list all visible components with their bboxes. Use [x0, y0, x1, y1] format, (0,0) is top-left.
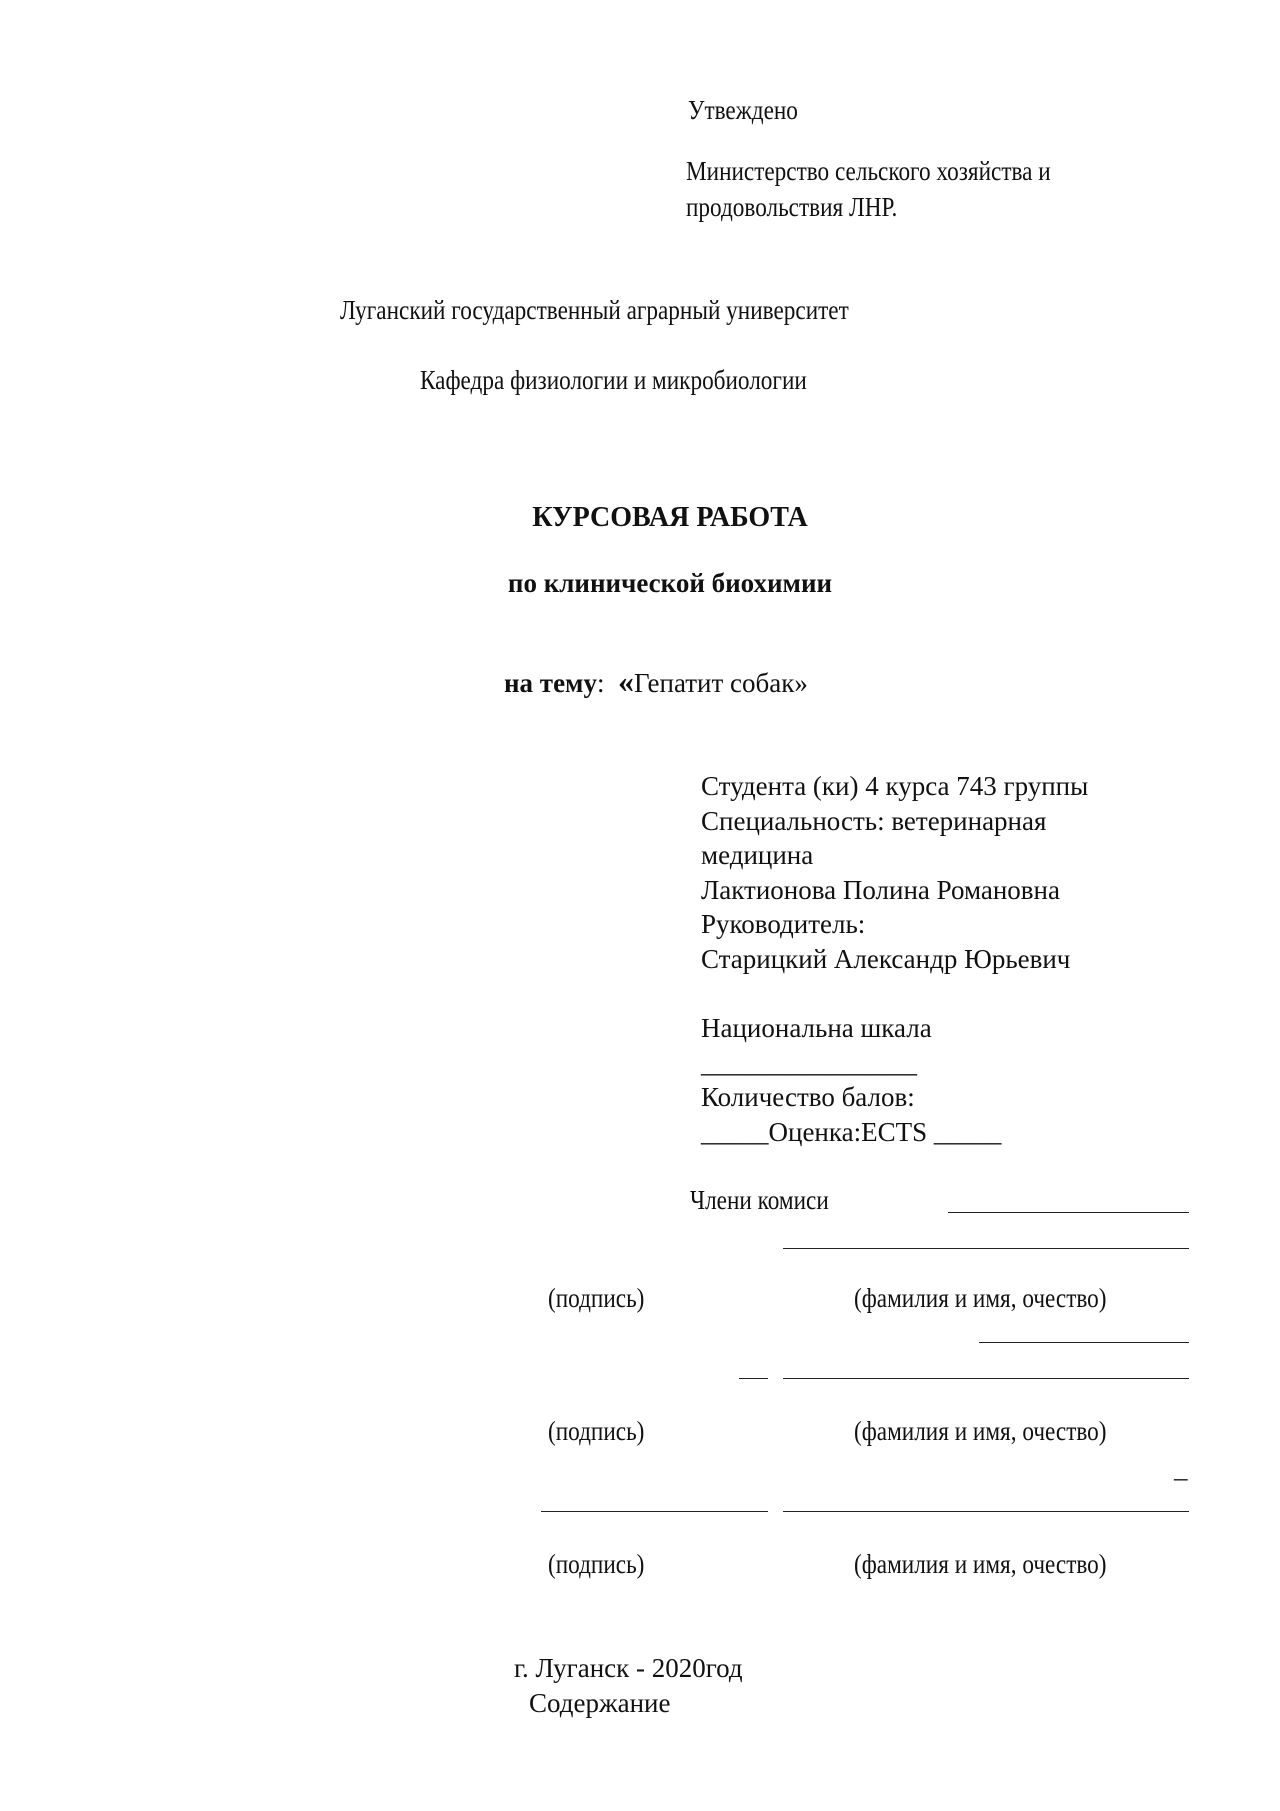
national-scale-blank: ________________ — [701, 1046, 1001, 1081]
commission-label: Члени комиси — [690, 1183, 829, 1217]
student-line-course: Студента (ки) 4 курса 743 группы — [701, 769, 1088, 804]
supervisor-label: Руководитель: — [701, 907, 1088, 942]
student-name: Лактионова Полина Романовна — [701, 873, 1088, 908]
city-year: г. Луганск - 2020год — [514, 1651, 743, 1685]
document-topic: на тему: «Гепатит собак» — [504, 664, 808, 700]
name-caption-2: (фамилия и имя, очество) — [854, 1414, 1107, 1448]
student-line-specialty: Специальность: ветеринарная — [701, 804, 1088, 839]
ministry-line-1: Министерство сельского хозяйства и — [686, 154, 1051, 188]
department-name: Кафедра физиологии и микробиологии — [420, 363, 807, 397]
topic-label: на тему — [504, 668, 597, 698]
document-page: Утвеждено Министерство сельского хозяйст… — [0, 0, 1280, 1811]
signature-caption-3: (подпись) — [548, 1547, 644, 1581]
name-caption-1: (фамилия и имя, очество) — [854, 1281, 1107, 1315]
university-name: Луганский государственный аграрный униве… — [340, 293, 849, 327]
commission-signature-line-2b — [739, 1378, 768, 1379]
grading-info: Национальна шкала ________________ Колич… — [701, 1011, 1001, 1149]
contents-heading: Содержание — [529, 1686, 670, 1720]
topic-open-quote: « — [618, 663, 634, 699]
supervisor-name: Старицкий Александр Юрьевич — [701, 942, 1088, 977]
commission-name-line-1 — [783, 1248, 1189, 1249]
stray-dash: – — [1174, 1460, 1188, 1494]
ects-grade-line: _____Оценка:ECTS _____ — [701, 1115, 1001, 1150]
commission-signature-line-1a — [948, 1212, 1189, 1213]
document-subject: по клинической биохимии — [0, 566, 1280, 600]
topic-text: Гепатит собак — [634, 668, 794, 698]
commission-name-line-2 — [783, 1378, 1189, 1379]
name-caption-3: (фамилия и имя, очество) — [854, 1547, 1107, 1581]
student-line-specialty-cont: медицина — [701, 838, 1088, 873]
approval-label: Утвеждено — [688, 93, 798, 127]
signature-caption-2: (подпись) — [548, 1414, 644, 1448]
national-scale-label: Национальна шкала — [701, 1011, 1001, 1046]
student-info: Студента (ки) 4 курса 743 группы Специал… — [701, 769, 1088, 976]
commission-name-line-3 — [783, 1511, 1189, 1512]
commission-signature-line-2a — [979, 1342, 1189, 1343]
ministry-line-2: продовольствия ЛНР. — [686, 190, 897, 224]
topic-colon: : — [597, 668, 605, 698]
document-title: КУРСОВАЯ РАБОТА — [0, 501, 1280, 535]
points-label: Количество балов: — [701, 1080, 1001, 1115]
commission-signature-line-3 — [541, 1511, 768, 1512]
topic-close-quote: » — [794, 668, 808, 698]
signature-caption-1: (подпись) — [548, 1281, 644, 1315]
